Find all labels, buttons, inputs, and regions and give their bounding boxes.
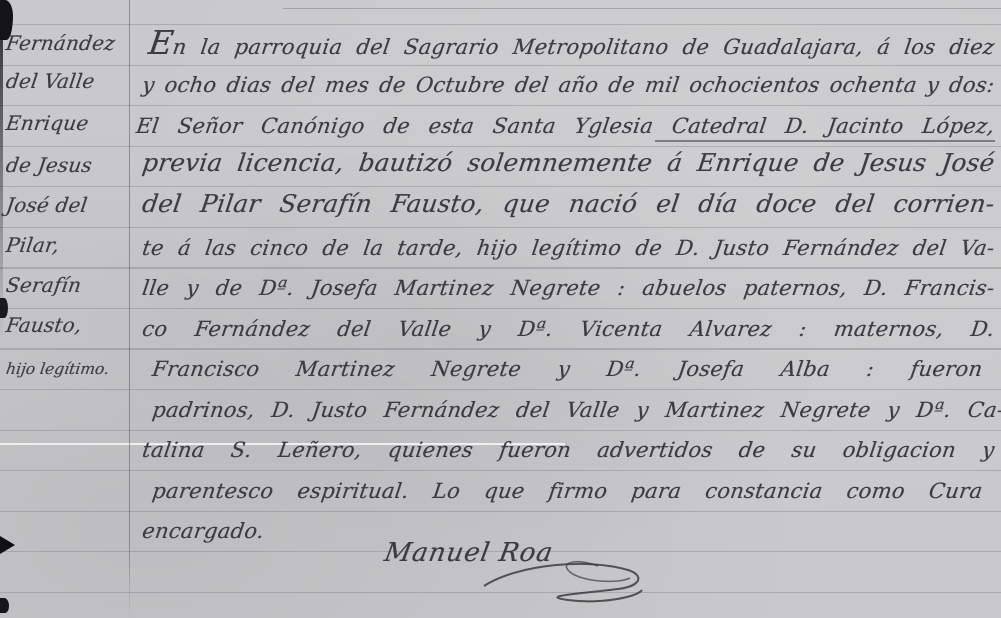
- ledger-rule-line: [0, 430, 1001, 431]
- margin-line: Fernández: [4, 28, 134, 58]
- body-line: El Señor Canónigo de esta Santa Yglesia …: [134, 109, 997, 143]
- ledger-rule-line: [0, 227, 1001, 228]
- priest-name-underline: [655, 140, 995, 142]
- signature-flourish-icon: [478, 556, 648, 608]
- body-line: previa licencia, bautizó solemnemente á …: [140, 146, 997, 180]
- margin-line: hijo legítimo.: [4, 354, 134, 384]
- scanned-baptismal-register-page: Fernández del Valle Enrique de Jesus Jos…: [0, 0, 1001, 618]
- margin-line: José del: [4, 190, 134, 220]
- body-line: del Pilar Serafín Fausto, que nació el d…: [140, 187, 997, 221]
- body-line: Francisco Martinez Negrete y Dª. Josefa …: [150, 352, 985, 386]
- margin-line: Pilar,: [4, 230, 134, 260]
- body-line: padrinos, D. Justo Fernández del Valle y…: [150, 393, 1001, 427]
- top-partial-rule: [283, 8, 1001, 9]
- page-left-edge-shadow: [0, 0, 3, 340]
- margin-line: de Jesus: [4, 150, 134, 180]
- ledger-rule-line: [0, 308, 1001, 309]
- body-line: co Fernández del Valle y Dª. Vicenta Alv…: [140, 312, 997, 346]
- margin-line: del Valle: [4, 66, 134, 96]
- ledger-rule-line: [0, 389, 1001, 390]
- ledger-rule-line: [0, 105, 1001, 106]
- body-line: talina S. Leñero, quienes fueron adverti…: [140, 433, 997, 467]
- ledger-rule-line: [0, 511, 1001, 512]
- body-line: parentesco espiritual. Lo que firmo para…: [150, 474, 985, 508]
- body-line: lle y de Dª. Josefa Martinez Negrete : a…: [140, 271, 997, 305]
- ink-blot-bottom-left: [0, 598, 9, 613]
- margin-line: Serafín: [4, 270, 134, 300]
- margin-line: Fausto,: [4, 310, 134, 340]
- ink-blot-left-arrow: [0, 536, 15, 554]
- ledger-rule-line: [0, 267, 1001, 268]
- body-line: En la parroquia del Sagrario Metropolita…: [146, 26, 997, 64]
- body-line: te á las cinco de la tarde, hijo legítim…: [140, 231, 997, 265]
- margin-line: Enrique: [4, 108, 134, 138]
- ledger-rule-line: [0, 348, 1001, 349]
- body-line: y ocho dias del mes de Octubre del año d…: [140, 68, 997, 102]
- ledger-rule-line: [0, 65, 1001, 66]
- ledger-rule-line: [0, 470, 1001, 471]
